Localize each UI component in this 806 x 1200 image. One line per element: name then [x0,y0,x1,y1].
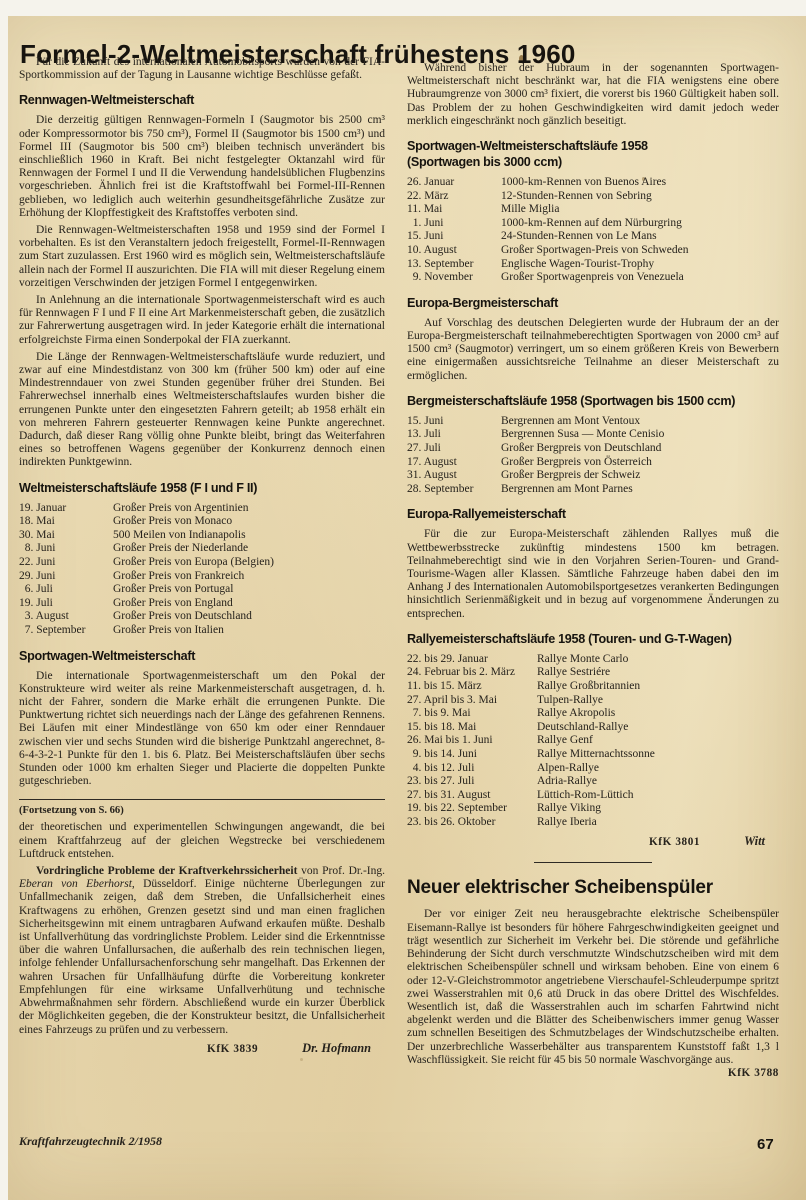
event-list: 26. Januar1000-km-Rennen von Buenos Aire… [407,176,779,285]
event-name: Tulpen-Rallye [537,694,779,708]
paragraph: Während bisher der Hubraum in der sogena… [407,62,779,128]
event-date: 26. Januar [407,176,501,190]
event-date: 29. Juni [19,570,113,584]
section-heading: Sportwagen-Weltmeisterschaftsläufe 1958 … [407,138,779,170]
event-name: Rallye Viking [537,802,779,816]
section-heading: Bergmeisterschaftsläufe 1958 (Sportwagen… [407,393,779,409]
event-date: 17. August [407,456,501,470]
paragraph: der theoretischen und experimentellen Sc… [19,821,385,861]
event-row: 22. JuniGroßer Preis von Europa (Belgien… [19,556,385,570]
event-date: 22. März [407,190,501,204]
event-row: 30. Mai500 Meilen von Indianapolis [19,529,385,543]
event-row: 1. Juni1000-km-Rennen auf dem Nürburgrin… [407,217,779,231]
event-date: 19. Januar [19,502,113,516]
section-heading: Weltmeisterschaftsläufe 1958 (F I und F … [19,480,385,496]
event-date: 27. April bis 3. Mai [407,694,537,708]
article-heading: Neuer elektrischer Scheibenspüler [407,877,779,899]
event-date: 3. August [19,610,113,624]
section-heading: Europa-Rallyemeisterschaft [407,506,779,522]
section-heading: Rennwagen-Weltmeisterschaft [19,92,385,108]
event-date: 30. Mai [19,529,113,543]
event-name: Bergrennen Susa — Monte Cenisio [501,428,779,442]
event-row: 27. April bis 3. MaiTulpen-Rallye [407,694,779,708]
credit-row: KfK 3801Witt [407,834,779,849]
paragraph: Die Länge der Rennwagen-Weltmeisterschaf… [19,351,385,470]
event-name: Großer Preis der Niederlande [113,542,385,556]
event-row: 23. bis 27. JuliAdria-Rallye [407,775,779,789]
event-row: 29. JuniGroßer Preis von Frankreich [19,570,385,584]
event-row: 9. bis 14. JuniRallye Mitternachtssonne [407,748,779,762]
event-name: Großer Preis von Argentinien [113,502,385,516]
event-row: 15. bis 18. MaiDeutschland-Rallye [407,721,779,735]
paragraph-text: Auf Vorschlag des deutschen Delegierten … [407,317,779,382]
event-name: Großer Preis von Portugal [113,583,385,597]
event-row: 15. JuniBergrennen am Mont Ventoux [407,415,779,429]
page-number: 67 [757,1136,774,1153]
event-name: Rallye Genf [537,734,779,748]
event-name: Lüttich-Rom-Lüttich [537,789,779,803]
paragraph-text: Die internationale Sportwagenmeisterscha… [19,670,385,788]
event-name: Großer Preis von Italien [113,624,385,638]
event-name: Rallye Iberia [537,816,779,830]
event-list: 15. JuniBergrennen am Mont Ventoux13. Ju… [407,415,779,497]
event-name: Großer Preis von Frankreich [113,570,385,584]
event-date: 15. Juni [407,415,501,429]
event-row: 6. JuliGroßer Preis von Portugal [19,583,385,597]
event-name: Großer Preis von Europa (Belgien) [113,556,385,570]
event-date: 18. Mai [19,515,113,529]
event-name: Alpen-Rallye [537,762,779,776]
event-row: 22. März12-Stunden-Rennen von Sebring [407,190,779,204]
left-column: Für die Zukunft des internationalen Auto… [19,56,385,1058]
paragraph-text: der theoretischen und experimentellen Sc… [19,821,385,859]
event-name: Großer Bergpreis der Schweiz [501,469,779,483]
event-row: 13. JuliBergrennen Susa — Monte Cenisio [407,428,779,442]
journal-footer: Kraftfahrzeugtechnik 2/1958 [19,1134,162,1149]
event-row: 7. SeptemberGroßer Preis von Italien [19,624,385,638]
event-name: Rallye Akropolis [537,707,779,721]
event-date: 27. Juli [407,442,501,456]
event-name: Mille Miglia [501,203,779,217]
credit-row: KfK 3839Dr. Hofmann [19,1041,385,1056]
event-row: 4. bis 12. JuliAlpen-Rallye [407,762,779,776]
event-row: 10. AugustGroßer Sportwagen-Preis von Sc… [407,244,779,258]
event-date: 4. bis 12. Juli [407,762,537,776]
paragraph: Die derzeitig gültigen Rennwagen-Formeln… [19,114,385,220]
right-column: Während bisher der Hubraum in der sogena… [407,56,779,1080]
event-date: 1. Juni [407,217,501,231]
paragraph-segment: von Prof. Dr.-Ing. [297,865,385,877]
event-name: Großer Preis von England [113,597,385,611]
event-row: 19. JuliGroßer Preis von England [19,597,385,611]
event-list: 22. bis 29. JanuarRallye Monte Carlo24. … [407,653,779,830]
paragraph: In Anlehnung an die internationale Sport… [19,294,385,347]
divider [534,862,652,863]
event-date: 15. bis 18. Mai [407,721,537,735]
event-row: 26. Januar1000-km-Rennen von Buenos Aire… [407,176,779,190]
event-date: 9. November [407,271,501,285]
event-row: 22. bis 29. JanuarRallye Monte Carlo [407,653,779,667]
event-name: 1000-km-Rennen von Buenos Aires [501,176,779,190]
paper-speck [300,1058,303,1061]
paragraph: Auf Vorschlag des deutschen Delegierten … [407,317,779,383]
section-heading: Rallyemeisterschaftsläufe 1958 (Touren- … [407,631,779,647]
event-name: Großer Bergpreis von Österreich [501,456,779,470]
event-date: 23. bis 26. Oktober [407,816,537,830]
event-date: 27. bis 31. August [407,789,537,803]
event-date: 15. Juni [407,230,501,244]
event-row: 31. AugustGroßer Bergpreis der Schweiz [407,469,779,483]
event-row: 7. bis 9. MaiRallye Akropolis [407,707,779,721]
event-date: 7. September [19,624,113,638]
event-row: 13. SeptemberEnglische Wagen-Tourist-Tro… [407,258,779,272]
kfk-credit: KfK 3801 [649,836,700,848]
event-date: 26. Mai bis 1. Juni [407,734,537,748]
event-date: 19. bis 22. September [407,802,537,816]
paragraph-text: Während bisher der Hubraum in der sogena… [407,62,779,127]
kfk-credit: KfK 3839 [207,1043,258,1055]
event-name: Großer Preis von Monaco [113,515,385,529]
event-name: 24-Stunden-Rennen von Le Mans [501,230,779,244]
event-date: 11. Mai [407,203,501,217]
paragraph-text: Die Rennwagen-Weltmeisterschaften 1958 u… [19,224,385,289]
continuation-note: (Fortsetzung von S. 66) [19,805,385,816]
event-row: 3. AugustGroßer Preis von Deutschland [19,610,385,624]
paragraph: Vordringliche Probleme der Kraftverkehrs… [19,865,385,1037]
paragraph-segment: , Düsseldorf. Einige nüchterne Überlegun… [19,878,385,1035]
event-row: 19. JanuarGroßer Preis von Argentinien [19,502,385,516]
paragraph: Für die zur Europa-Meisterschaft zählend… [407,528,779,620]
paragraph: Der vor einiger Zeit neu herausgebrachte… [407,908,779,1066]
author-credit: Witt [744,834,765,849]
paragraph-segment: Vordringliche Probleme der Kraftverkehrs… [36,865,297,877]
event-name: Rallye Monte Carlo [537,653,779,667]
event-name: Deutschland-Rallye [537,721,779,735]
paragraph: Für die Zukunft des internationalen Auto… [19,56,385,82]
event-name: Englische Wagen-Tourist-Trophy [501,258,779,272]
event-list: 19. JanuarGroßer Preis von Argentinien18… [19,502,385,638]
paragraph-segment: Eberan von Eberhorst [19,878,132,890]
event-date: 13. September [407,258,501,272]
event-row: 8. JuniGroßer Preis der Niederlande [19,542,385,556]
event-row: 27. JuliGroßer Bergpreis von Deutschland [407,442,779,456]
event-date: 8. Juni [19,542,113,556]
event-row: 23. bis 26. OktoberRallye Iberia [407,816,779,830]
event-name: Großer Sportwagenpreis von Venezuela [501,271,779,285]
paragraph-text: Der vor einiger Zeit neu herausgebrachte… [407,908,779,1065]
event-date: 6. Juli [19,583,113,597]
event-name: Bergrennen am Mont Ventoux [501,415,779,429]
event-date: 9. bis 14. Juni [407,748,537,762]
event-date: 7. bis 9. Mai [407,707,537,721]
event-name: Großer Preis von Deutschland [113,610,385,624]
event-row: 11. MaiMille Miglia [407,203,779,217]
event-date: 31. August [407,469,501,483]
event-date: 22. bis 29. Januar [407,653,537,667]
paragraph-text: In Anlehnung an die internationale Sport… [19,294,385,346]
event-name: 12-Stunden-Rennen von Sebring [501,190,779,204]
event-row: 27. bis 31. AugustLüttich-Rom-Lüttich [407,789,779,803]
paragraph: Die internationale Sportwagenmeisterscha… [19,670,385,789]
event-name: Großer Sportwagen-Preis von Schweden [501,244,779,258]
event-name: Rallye Mitternachtssonne [537,748,779,762]
paragraph-text: Die derzeitig gültigen Rennwagen-Formeln… [19,114,385,218]
event-date: 23. bis 27. Juli [407,775,537,789]
section-heading: Sportwagen-Weltmeisterschaft [19,648,385,664]
section-heading: Europa-Bergmeisterschaft [407,295,779,311]
event-date: 10. August [407,244,501,258]
event-name: 1000-km-Rennen auf dem Nürburgring [501,217,779,231]
event-name: 500 Meilen von Indianapolis [113,529,385,543]
paragraph-text: Für die zur Europa-Meisterschaft zählend… [407,528,779,619]
event-date: 24. Februar bis 2. März [407,666,537,680]
event-row: 28. SeptemberBergrennen am Mont Parnes [407,483,779,497]
event-date: 11. bis 15. März [407,680,537,694]
event-date: 13. Juli [407,428,501,442]
event-name: Rallye Großbritannien [537,680,779,694]
event-row: 26. Mai bis 1. JuniRallye Genf [407,734,779,748]
divider [19,799,385,800]
paragraph-text: Für die Zukunft des internationalen Auto… [19,56,385,81]
event-row: 19. bis 22. SeptemberRallye Viking [407,802,779,816]
paragraph-text: Die Länge der Rennwagen-Weltmeisterschaf… [19,351,385,469]
event-date: 22. Juni [19,556,113,570]
event-row: 17. AugustGroßer Bergpreis von Österreic… [407,456,779,470]
event-name: Rallye Sestriére [537,666,779,680]
event-name: Adria-Rallye [537,775,779,789]
event-row: 15. Juni24-Stunden-Rennen von Le Mans [407,230,779,244]
event-row: 11. bis 15. MärzRallye Großbritannien [407,680,779,694]
event-date: 28. September [407,483,501,497]
event-date: 19. Juli [19,597,113,611]
event-name: Bergrennen am Mont Parnes [501,483,779,497]
kfk-credit: KfK 3788 [711,1067,779,1080]
author-credit: Dr. Hofmann [302,1041,371,1056]
event-row: 9. NovemberGroßer Sportwagenpreis von Ve… [407,271,779,285]
event-row: 24. Februar bis 2. MärzRallye Sestriére [407,666,779,680]
paragraph: Die Rennwagen-Weltmeisterschaften 1958 u… [19,224,385,290]
event-row: 18. MaiGroßer Preis von Monaco [19,515,385,529]
event-name: Großer Bergpreis von Deutschland [501,442,779,456]
